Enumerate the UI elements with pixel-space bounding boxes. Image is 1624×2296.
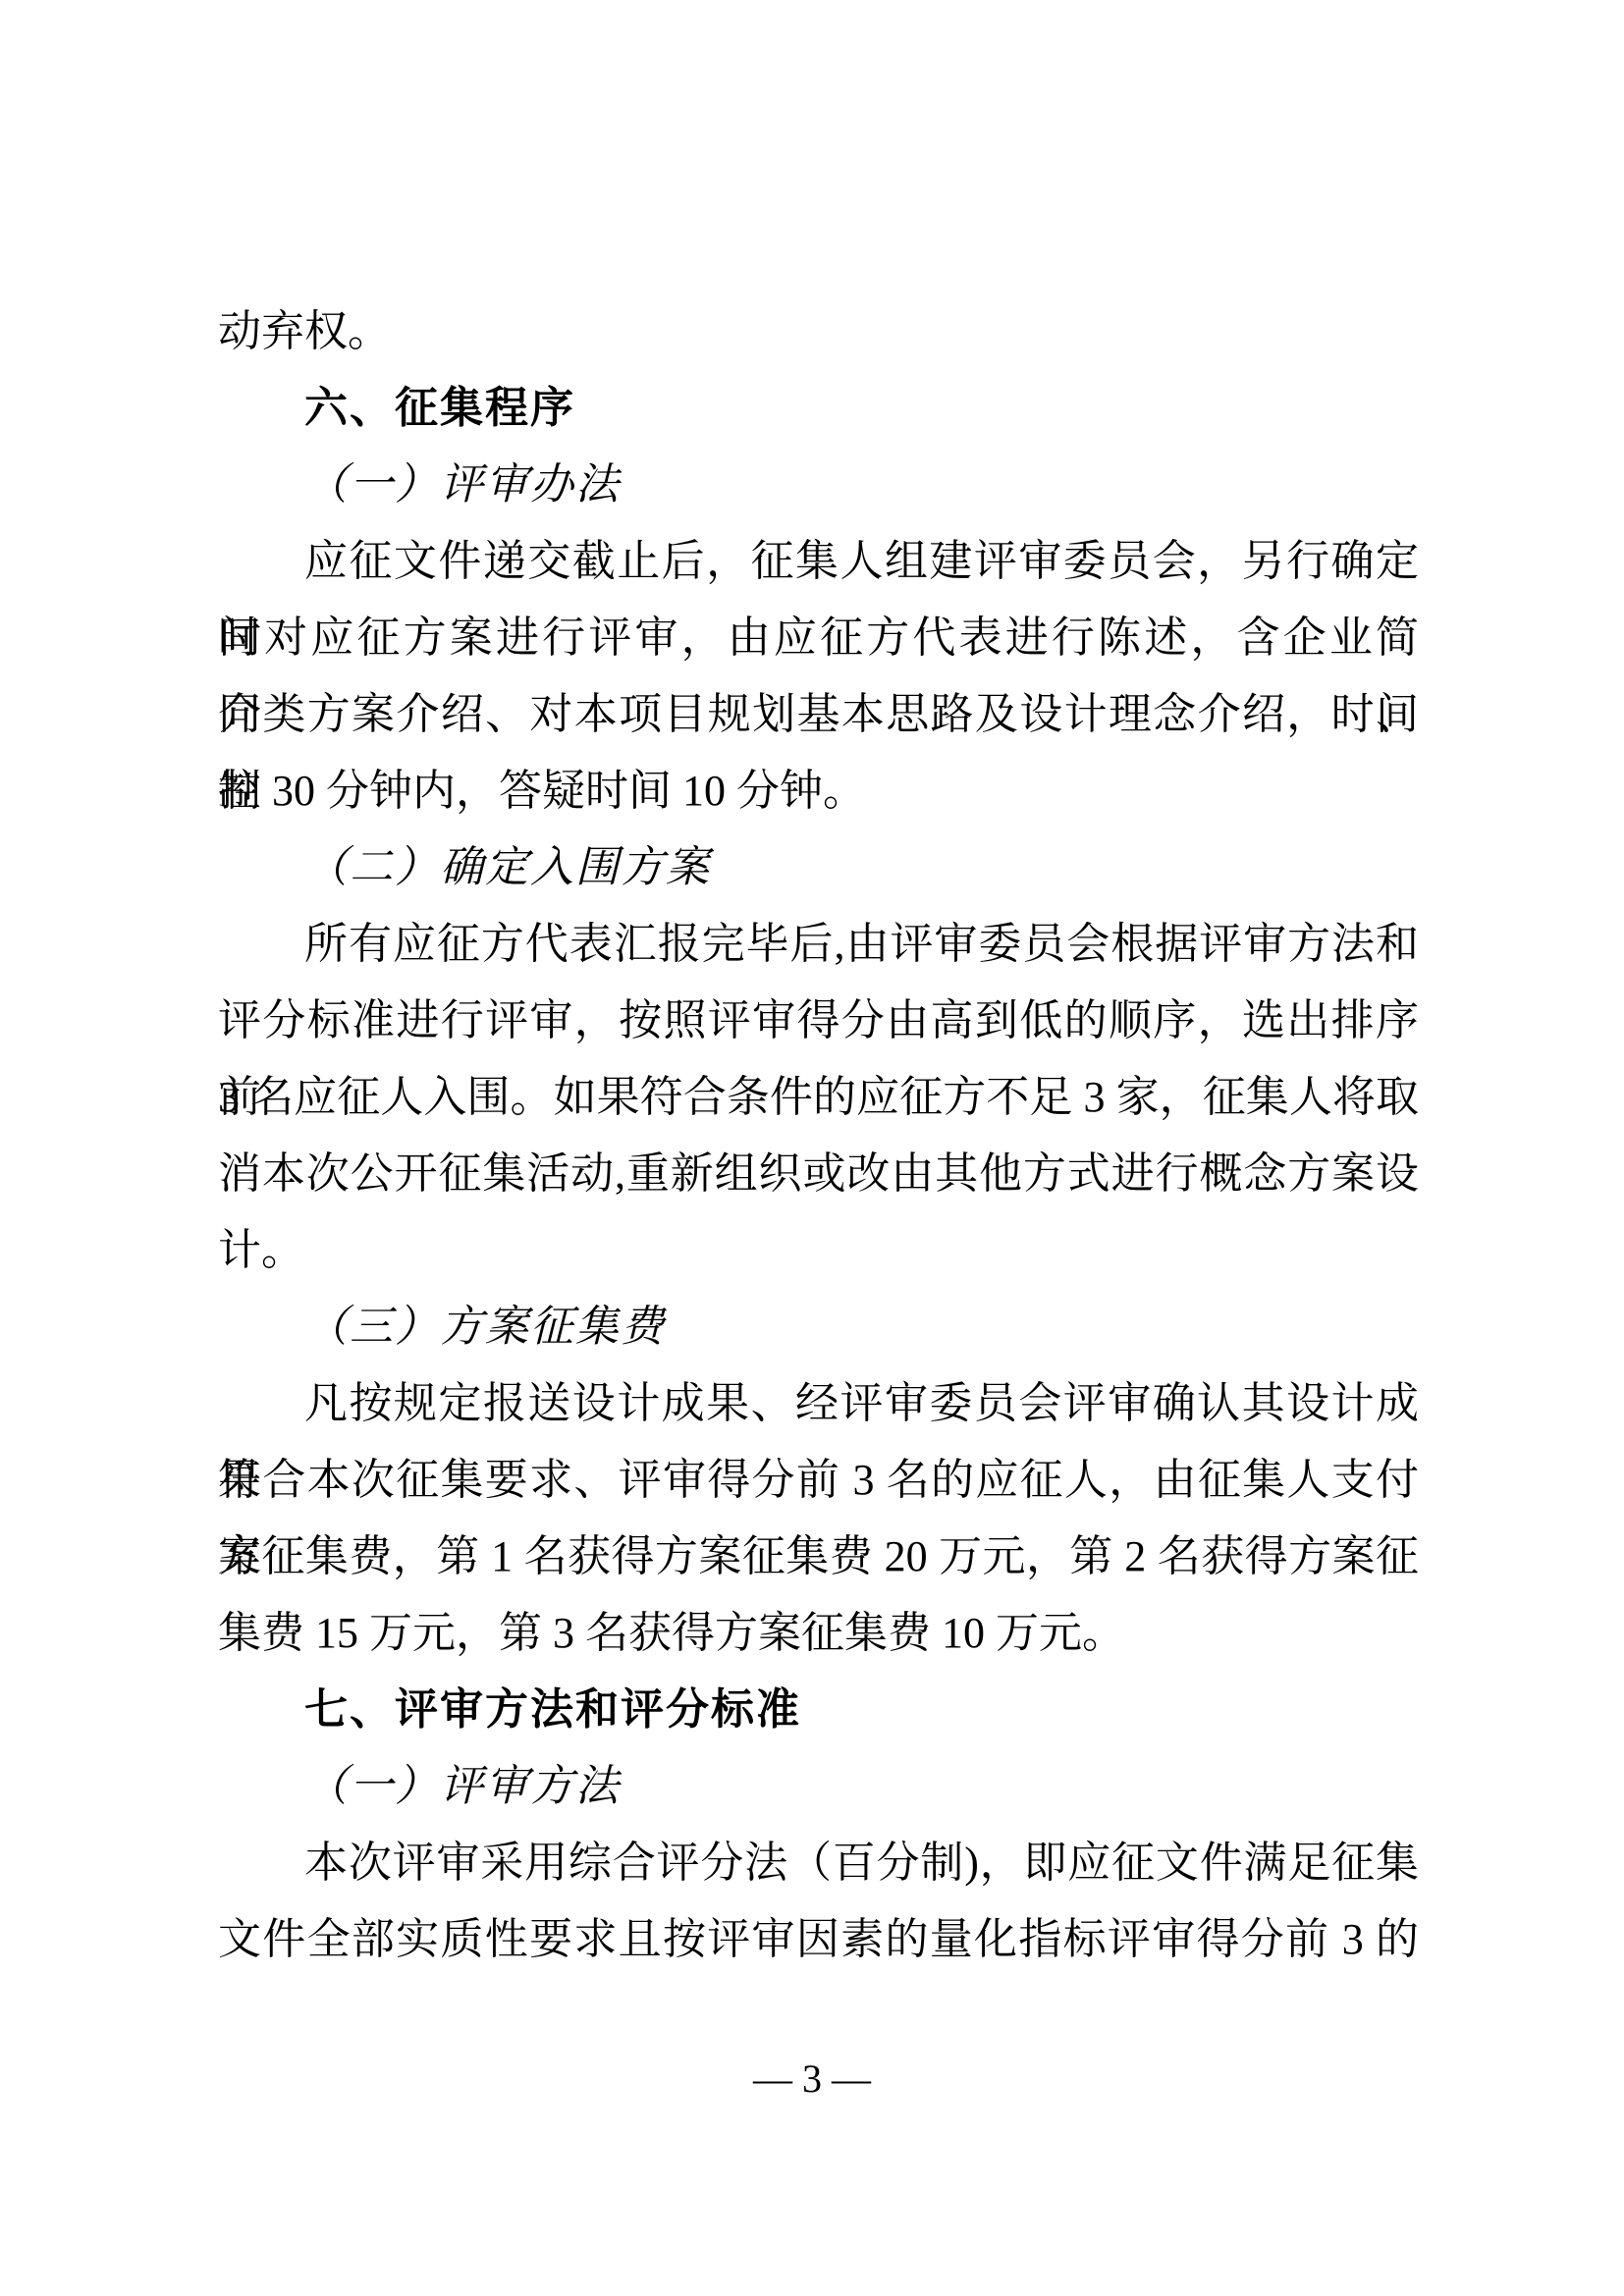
document-page: 动弃权。 六、征集程序 （一）评审办法 应征文件递交截止后，征集人组建评审委员会… xyxy=(0,0,1624,2296)
paragraph-line: 案征集费，第 1 名获得方案征集费 20 万元，第 2 名获得方案征 xyxy=(218,1519,1419,1595)
paragraph-line: 评分标准进行评审，按照评审得分由高到低的顺序，选出排序前 xyxy=(218,983,1419,1059)
page-number: — 3 — xyxy=(0,2050,1624,2109)
paragraph-line: 应征文件递交截止后，征集人组建评审委员会，另行确定时 xyxy=(218,523,1419,600)
paragraph-line: 本次评审采用综合评分法（百分制)，即应征文件满足征集 xyxy=(218,1825,1419,1901)
section-heading-6: 六、征集程序 xyxy=(218,370,1419,447)
paragraph-line: 同类方案介绍、对本项目规划基本思路及设计理念介绍，时间控 xyxy=(218,676,1419,753)
paragraph-line: 3 名应征人入围。如果符合条件的应征方不足 3 家，征集人将取 xyxy=(218,1059,1419,1136)
subsection-heading-6-3: （三）方案征集费 xyxy=(218,1289,1419,1365)
body-line-continued: 动弃权。 xyxy=(218,294,1419,370)
subsection-heading-6-1: （一）评审办法 xyxy=(218,447,1419,523)
paragraph-line: 所有应征方代表汇报完毕后,由评审委员会根据评审方法和 xyxy=(218,906,1419,983)
paragraph-line: 制 30 分钟内，答疑时间 10 分钟。 xyxy=(218,753,1419,829)
document-body: 动弃权。 六、征集程序 （一）评审办法 应征文件递交截止后，征集人组建评审委员会… xyxy=(218,294,1419,1978)
paragraph-line: 文件全部实质性要求且按评审因素的量化指标评审得分前 3 的 xyxy=(218,1901,1419,1978)
subsection-heading-7-1: （一）评审方法 xyxy=(218,1748,1419,1825)
paragraph-line: 消本次公开征集活动,重新组织或改由其他方式进行概念方案设 xyxy=(218,1136,1419,1212)
section-heading-7: 七、评审方法和评分标准 xyxy=(218,1672,1419,1748)
paragraph-line: 符合本次征集要求、评审得分前 3 名的应征人，由征集人支付方 xyxy=(218,1442,1419,1519)
paragraph-line: 集费 15 万元，第 3 名获得方案征集费 10 万元。 xyxy=(218,1595,1419,1672)
paragraph-line: 凡按规定报送设计成果、经评审委员会评审确认其设计成果 xyxy=(218,1365,1419,1442)
paragraph-line: 计。 xyxy=(218,1212,1419,1289)
paragraph-line: 间对应征方案进行评审，由应征方代表进行陈述，含企业简介、 xyxy=(218,600,1419,676)
subsection-heading-6-2: （二）确定入围方案 xyxy=(218,829,1419,906)
